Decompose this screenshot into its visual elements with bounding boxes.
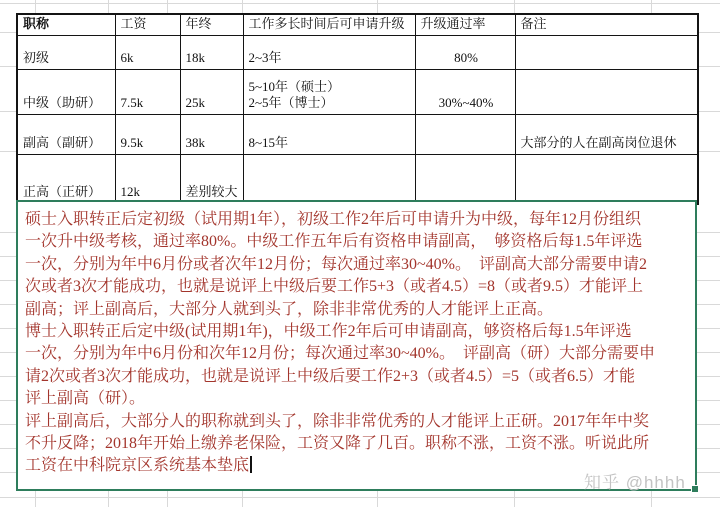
table-row-intermediate: 中级（助研） 7.5k 25k 5~10年（硕士） 2~5年（博士） 30%~4… (17, 70, 698, 115)
table-cell[interactable] (415, 115, 515, 155)
table-cell[interactable] (515, 155, 698, 204)
table-cell[interactable]: 大部分的人在副高岗位退休 (515, 115, 698, 155)
note-line: 副高；评上副高后，大部分人就到头了，除非非常优秀的人才能评上正高。 (25, 299, 691, 321)
table-cell[interactable]: 中级（助研） (17, 70, 115, 115)
text-cursor (250, 456, 252, 473)
note-line: 一次升中级考核，通过率80%。中级工作五年后有资格申请副高， 够资格后每1.5年… (25, 231, 691, 253)
table-cell[interactable]: 38k (180, 115, 243, 155)
table-row-junior: 初级 6k 18k 2~3年 80% (17, 36, 698, 70)
note-line: 不升反降；2018年开始上缴养老保险，工资又降了几百。职称不涨，工资不涨。听说此… (25, 433, 691, 455)
table-cell[interactable]: 初级 (17, 36, 115, 70)
column-header-title[interactable]: 职称 (17, 14, 115, 36)
table-cell[interactable]: 18k (180, 36, 243, 70)
note-text: 硕士入职转正后定初级（试用期1年），初级工作2年后可申请升为中级，每年12月份组… (18, 202, 695, 478)
note-line: 请2次或者3次才能成功，也就是说评上中级后要工作2+3（或者4.5）=5（或者6… (25, 366, 691, 388)
table-cell[interactable]: 8~15年 (243, 115, 415, 155)
column-header-remarks[interactable]: 备注 (515, 14, 698, 36)
table-cell[interactable] (243, 155, 415, 204)
table-cell[interactable] (415, 155, 515, 204)
column-header-yearend[interactable]: 年终 (180, 14, 243, 36)
table-row-full-senior: 正高（正研） 12k 差别较大 (17, 155, 698, 204)
table-cell[interactable]: 7.5k (115, 70, 180, 115)
table-cell[interactable]: 6k (115, 36, 180, 70)
column-header-pass-rate[interactable]: 升级通过率 (415, 14, 515, 36)
table-cell[interactable]: 30%~40% (415, 70, 515, 115)
note-line: 评上副高（研）。 (25, 388, 691, 410)
table-cell[interactable]: 2~3年 (243, 36, 415, 70)
promotion-table: 职称 工资 年终 工作多长时间后可申请升级 升级通过率 备注 初级 6k 18k… (16, 13, 699, 205)
table-cell[interactable] (515, 70, 698, 115)
selection-fill-handle[interactable] (691, 485, 699, 493)
note-line: 次或者3次才能成功，也就是说评上中级后要工作5+3（或者4.5）=8（或者9.5… (25, 276, 691, 298)
table-cell[interactable]: 正高（正研） (17, 155, 115, 204)
table-row-associate-senior: 副高（副研） 9.5k 38k 8~15年 大部分的人在副高岗位退休 (17, 115, 698, 155)
table-cell[interactable]: 25k (180, 70, 243, 115)
note-line: 硕士入职转正后定初级（试用期1年），初级工作2年后可申请升为中级，每年12月份组… (25, 209, 691, 231)
table-cell[interactable]: 9.5k (115, 115, 180, 155)
spreadsheet-canvas: 职称 工资 年终 工作多长时间后可申请升级 升级通过率 备注 初级 6k 18k… (0, 0, 720, 507)
selected-note-cell[interactable]: 硕士入职转正后定初级（试用期1年），初级工作2年后可申请升为中级，每年12月份组… (16, 200, 697, 491)
table-cell[interactable]: 5~10年（硕士） 2~5年（博士） (243, 70, 415, 115)
zhihu-watermark: 知乎 @hhhh (584, 468, 686, 493)
note-line: 评上副高后，大部分人的职称就到头了，除非非常优秀的人才能评上正研。2017年年中… (25, 411, 691, 433)
table-cell[interactable]: 差别较大 (180, 155, 243, 204)
column-header-salary[interactable]: 工资 (115, 14, 180, 36)
note-line: 博士入职转正后定中级(试用期1年)，中级工作2年后可申请副高，够资格后每1.5年… (25, 321, 691, 343)
table-cell[interactable]: 12k (115, 155, 180, 204)
note-line-text: 工资在中科院京区系统基本垫底 (25, 457, 249, 474)
table-cell[interactable]: 80% (415, 36, 515, 70)
table-cell[interactable]: 副高（副研） (17, 115, 115, 155)
column-header-promotion-time[interactable]: 工作多长时间后可申请升级 (243, 14, 415, 36)
note-line: 一次，分别为年中6月份或者次年12月份；每次通过率30~40%。 评副高大部分需… (25, 254, 691, 276)
table-header-row: 职称 工资 年终 工作多长时间后可申请升级 升级通过率 备注 (17, 14, 698, 36)
table-cell[interactable] (515, 36, 698, 70)
note-line: 一次，分别为年中6月份和次年12月份；每次通过率30~40%。 评副高（研）大部… (25, 343, 691, 365)
